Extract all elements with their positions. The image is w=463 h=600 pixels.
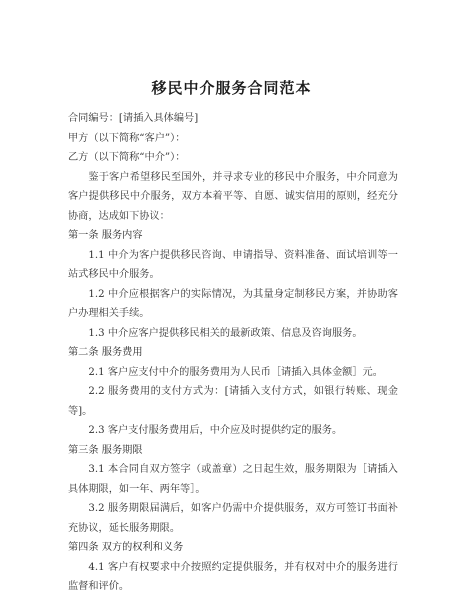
clause-3-1: 3.1 本合同自双方签字（或盖章）之日起生效，服务期限为［请插入具体期限，如一年…	[68, 460, 398, 499]
document-body: 合同编号：[请插入具体编号] 甲方（以下简称“客户”）： 乙方（以下简称“中介”…	[68, 109, 398, 597]
document-page: 移民中介服务合同范本 合同编号：[请插入具体编号] 甲方（以下简称“客户”）： …	[0, 0, 463, 600]
clause-1-3: 1.3 中介应客户提供移民相关的最新政策、信息及咨询服务。	[68, 324, 398, 344]
clause-1-2: 1.2 中介应根据客户的实际情况，为其量身定制移民方案，并协助客户办理相关手续。	[68, 285, 398, 324]
party-a-line: 甲方（以下简称“客户”）：	[68, 129, 398, 149]
section-heading-1: 第一条 服务内容	[68, 226, 398, 246]
clause-2-3: 2.3 客户支付服务费用后，中介应及时提供约定的服务。	[68, 421, 398, 441]
clause-2-2: 2.2 服务费用的支付方式为：[请插入支付方式，如银行转账、现金等]。	[68, 382, 398, 421]
party-b-line: 乙方（以下简称“中介”）：	[68, 148, 398, 168]
section-heading-3: 第三条 服务期限	[68, 441, 398, 461]
document-title: 移民中介服务合同范本	[0, 77, 463, 98]
contract-number-line: 合同编号：[请插入具体编号]	[68, 109, 398, 129]
clause-4-1: 4.1 客户有权要求中介按照约定提供服务，并有权对中介的服务进行监督和评价。	[68, 558, 398, 597]
clause-1-1: 1.1 中介为客户提供移民咨询、申请指导、资料准备、面试培训等一站式移民中介服务…	[68, 246, 398, 285]
section-heading-2: 第二条 服务费用	[68, 343, 398, 363]
clause-2-1: 2.1 客户应支付中介的服务费用为人民币［请插入具体金额］元。	[68, 363, 398, 383]
section-heading-4: 第四条 双方的权利和义务	[68, 538, 398, 558]
clause-3-2: 3.2 服务期限届满后，如客户仍需中介提供服务，双方可签订书面补充协议，延长服务…	[68, 499, 398, 538]
preamble-paragraph: 鉴于客户希望移民至国外，并寻求专业的移民中介服务，中介同意为客户提供移民中介服务…	[68, 168, 398, 227]
